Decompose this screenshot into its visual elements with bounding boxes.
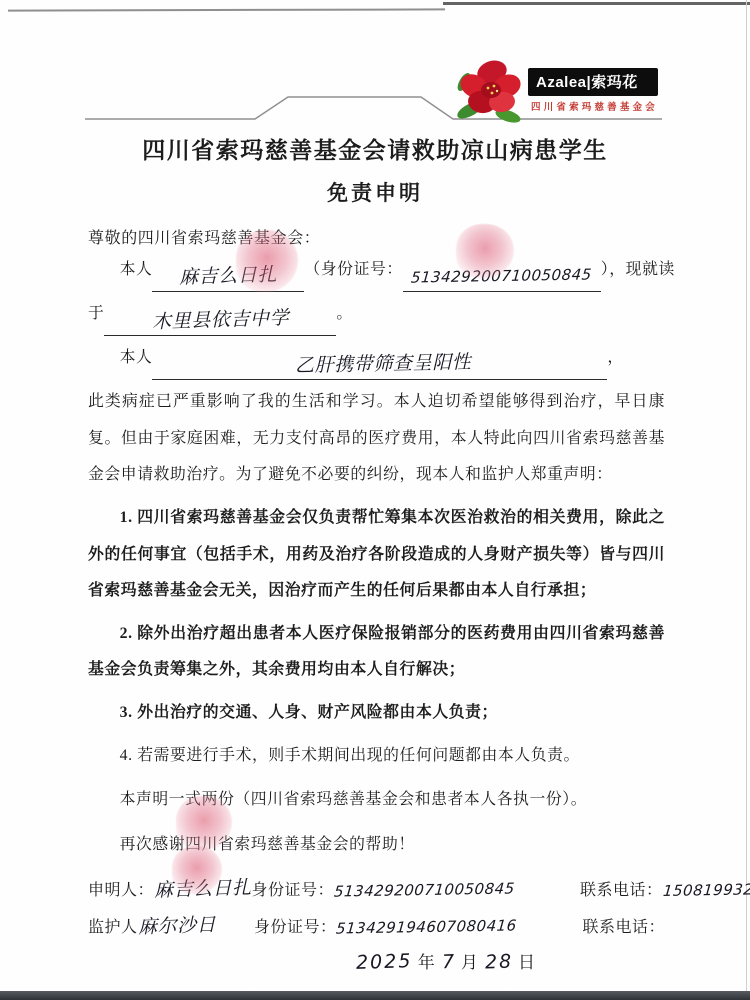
handwritten-year: 2025 — [356, 950, 413, 974]
id-open: （身份证号： — [304, 261, 402, 278]
school-blank: 木里县依吉中学 — [104, 305, 336, 336]
handwritten-school: 木里县依吉中学 — [151, 303, 289, 337]
guardian-id-value: 513429194607080416 — [336, 918, 544, 937]
guardian-row: 监护人麻尔沙日身份证号：513429194607080416联系电话： — [88, 911, 665, 938]
declarant-phone-value: 15081993201 — [663, 881, 750, 900]
declarant-id-label: 身份证号： — [252, 877, 335, 900]
scan-edge-bottom — [0, 991, 750, 1000]
intro-line-school: 于木里县依吉中学。 — [88, 292, 665, 336]
handwritten-month: 7 — [441, 950, 456, 972]
guardian-phone-label: 联系电话： — [582, 914, 665, 937]
guardian-label: 监护人 — [88, 914, 138, 937]
document-subtitle: 免责申明 — [0, 177, 750, 207]
guardian-id-label: 身份证号： — [254, 914, 337, 937]
handwritten-day: 28 — [484, 950, 513, 973]
guardian-signature: 麻尔沙日 — [138, 911, 254, 938]
scan-edge-right — [746, 0, 747, 1000]
intro-line-name-id: 本人麻吉么日扎（身份证号：513429200710050845），现就读 — [88, 248, 665, 292]
declarant-row: 申明人：麻吉么日扎身份证号：513429200710050845联系电话：150… — [88, 874, 665, 901]
closing-thanks: 再次感谢四川省索玛慈善基金会的帮助！ — [88, 827, 665, 864]
handwritten-id: 513429200710050845 — [410, 259, 593, 292]
clause-1: 1. 四川省索玛慈善基金会仅负责帮忙筹集本次医治救治的相关费用，除此之外的任何事… — [88, 500, 665, 610]
main-paragraph: 此类病症已严重影响了我的生活和学习。本人迫切希望能够得到治疗，早日康复。但由于家… — [88, 384, 665, 494]
condition-suffix: ， — [607, 349, 623, 366]
prefix-condition: 本人 — [120, 349, 153, 366]
document-body: 尊敬的四川省索玛慈善基金会： 本人麻吉么日扎（身份证号：513429200710… — [0, 225, 750, 973]
closing-copies: 本声明一式两份（四川省索玛慈善基金会和患者本人各执一份）。 — [88, 782, 665, 819]
handwritten-condition: 乙肝携带筛查呈阳性 — [288, 347, 471, 381]
prefix-school: 于 — [88, 305, 104, 322]
salutation: 尊敬的四川省索玛慈善基金会： — [88, 225, 665, 248]
intro-line-condition: 本人乙肝携带筛查呈阳性， — [88, 336, 665, 380]
clause-2: 2. 除外出治疗超出患者本人医疗保险报销部分的医药费用由四川省索玛慈善基金会负责… — [88, 616, 665, 689]
condition-blank: 乙肝携带筛查呈阳性 — [152, 349, 607, 380]
date-line: 2025 年 7 月 28 日 — [88, 948, 665, 973]
handwritten-name: 麻吉么日扎 — [179, 259, 278, 292]
id-close: ），现就读 — [601, 261, 675, 278]
declarant-signature: 麻吉么日扎 — [154, 874, 252, 901]
school-suffix: 。 — [336, 305, 352, 322]
declarant-id-value: 513429200710050845 — [334, 881, 542, 900]
id-blank: 513429200710050845 — [403, 261, 601, 292]
day-label: 日 — [518, 948, 537, 973]
month-label: 月 — [461, 948, 480, 973]
scanned-document: Azalea|索玛花 四川省索玛慈善基金会 四川省索玛慈善基金会请救助凉山病患学… — [0, 0, 750, 1000]
prefix-name: 本人 — [120, 261, 153, 278]
org-logo: Azalea|索玛花 四川省索玛慈善基金会 — [452, 50, 658, 126]
logo-badge-text: Azalea|索玛花 — [528, 68, 658, 96]
year-label: 年 — [418, 948, 437, 973]
name-blank: 麻吉么日扎 — [152, 261, 304, 292]
clause-3: 3. 外出治疗的交通、人身、财产风险都由本人负责； — [88, 695, 665, 732]
declarant-label: 申明人： — [88, 877, 154, 900]
logo-org-name: 四川省索玛慈善基金会 — [528, 99, 658, 113]
clause-4: 4. 若需要进行手术，则手术期间出现的任何问题都由本人负责。 — [88, 738, 665, 775]
document-title: 四川省索玛慈善基金会请救助凉山病患学生 — [0, 132, 750, 165]
letterhead: Azalea|索玛花 四川省索玛慈善基金会 — [0, 0, 750, 122]
declarant-phone-label: 联系电话： — [580, 877, 663, 900]
azalea-flower-icon — [452, 52, 534, 126]
